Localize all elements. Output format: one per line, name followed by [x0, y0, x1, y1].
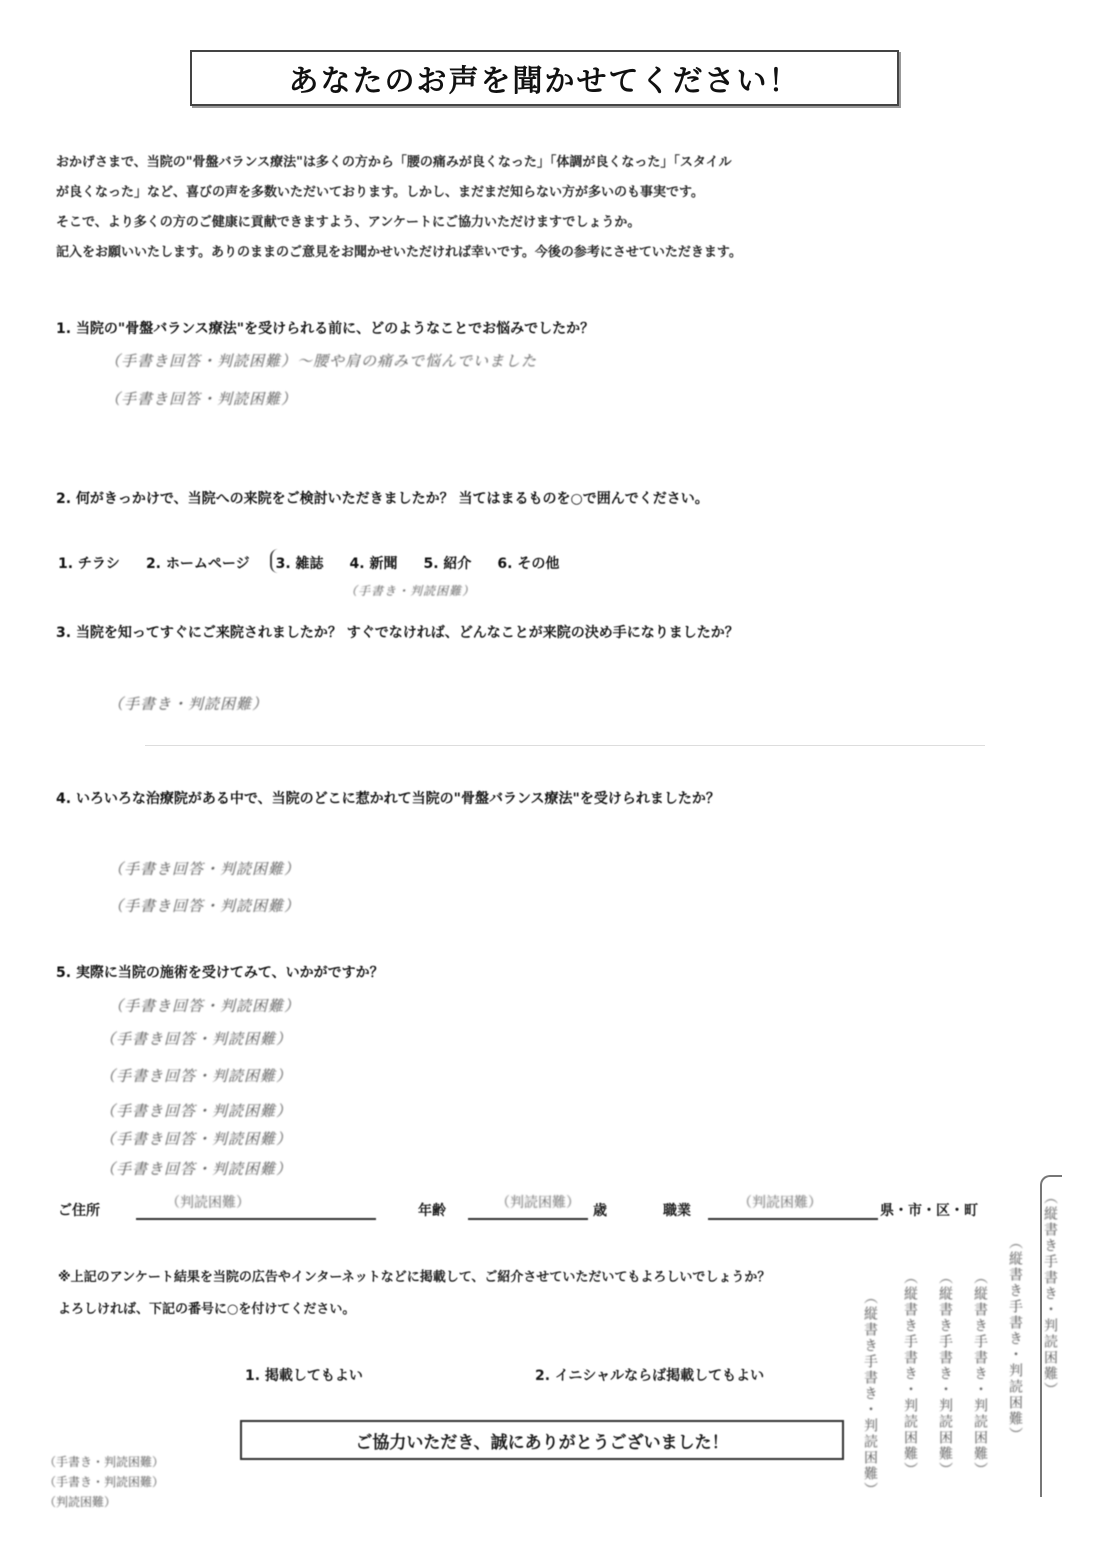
- question-number: 3.: [56, 625, 71, 641]
- answer-5-line-6: （手書き回答・判読困難）: [100, 1158, 292, 1179]
- consent-option-2[interactable]: 2. イニシャルならば掲載してもよい: [535, 1365, 764, 1385]
- age-label: 年齢: [418, 1200, 446, 1220]
- answer-5-line-3: （手書き回答・判読困難）: [100, 1065, 292, 1086]
- consent-line: ※上記のアンケート結果を当院の広告やインターネットなどに掲載して、ご紹介させてい…: [58, 1262, 958, 1294]
- age-field[interactable]: [468, 1218, 588, 1220]
- question-5: 5. 実際に当院の施術を受けてみて、いかがですか？: [56, 962, 384, 982]
- consent-text: ※上記のアンケート結果を当院の広告やインターネットなどに掲載して、ご紹介させてい…: [58, 1262, 958, 1326]
- survey-title: あなたのお声を聞かせてください！: [190, 50, 899, 106]
- respondent-info: ご住所 （判読困難） 年齢 （判読困難） 歳 職業 （判読困難） 県・市・区・町: [58, 1192, 1018, 1222]
- answer-3-line-1: （手書き・判読困難）: [108, 693, 268, 714]
- option-homepage[interactable]: 2. ホームページ: [146, 553, 250, 573]
- address-label: ご住所: [58, 1200, 100, 1220]
- intro-paragraph: おかげさまで、当院の"骨盤バランス療法"は多くの方から「腰の痛みが良くなった」「…: [56, 148, 1026, 268]
- handwriting-line: （手書き・判読困難）: [44, 1472, 864, 1492]
- question-number: 5.: [56, 965, 71, 981]
- handwriting-line: （手書き・判読困難）: [44, 1452, 864, 1472]
- source-options: 1. チラシ 2. ホームページ 3. 雑誌 4. 新聞 5. 紹介 6. その…: [58, 553, 559, 573]
- answer-5-line-2: （手書き回答・判読困難）: [100, 1028, 292, 1049]
- intro-line: おかげさまで、当院の"骨盤バランス療法"は多くの方から「腰の痛みが良くなった」「…: [56, 148, 1026, 178]
- option-flyer[interactable]: 1. チラシ: [58, 553, 120, 573]
- divider: [145, 745, 985, 746]
- answer-4-line-1: （手書き回答・判読困難）: [108, 858, 300, 879]
- vertical-note-4: （縦書き手書き・判読困難）: [935, 1270, 955, 1500]
- vertical-note-3: （縦書き手書き・判読困難）: [970, 1270, 990, 1500]
- question-text: 何がきっかけで、当院への来院をご検討いただきましたか？ 当てはまるものを○で囲ん…: [76, 491, 709, 507]
- option-referral[interactable]: 5. 紹介: [423, 553, 471, 573]
- intro-line: そこで、より多くの方のご健康に貢献できますよう、アンケートにご協力いただけますで…: [56, 208, 1026, 238]
- answer-1-line-1: （手書き回答・判読困難）～腰や肩の痛みで悩んでいました: [105, 350, 537, 371]
- occupation-value: （判読困難）: [738, 1192, 822, 1212]
- vertical-note-1: （縦書き手書き・判読困難）: [1040, 1190, 1060, 1490]
- question-number: 2.: [56, 491, 71, 507]
- question-4: 4. いろいろな治療院がある中で、当院のどこに惹かれて当院の"骨盤バランス療法"…: [56, 788, 720, 808]
- option-other[interactable]: 6. その他: [497, 553, 559, 573]
- address-field[interactable]: [136, 1218, 376, 1220]
- answer-1-line-2: （手書き回答・判読困難）: [105, 388, 297, 409]
- answer-5-line-1: （手書き回答・判読困難）: [108, 995, 300, 1016]
- vertical-note-6: （縦書き手書き・判読困難）: [860, 1290, 880, 1500]
- age-suffix: 歳: [593, 1200, 607, 1220]
- occupation-field[interactable]: [708, 1218, 878, 1220]
- question-2: 2. 何がきっかけで、当院への来院をご検討いただきましたか？ 当てはまるものを○…: [56, 488, 709, 508]
- question-3: 3. 当院を知ってすぐにご来院されましたか？ すぐでなければ、どんなことが来院の…: [56, 622, 739, 642]
- consent-line: よろしければ、下記の番号に○を付けてください。: [58, 1294, 958, 1326]
- answer-4-line-2: （手書き回答・判読困難）: [108, 895, 300, 916]
- option-magazine-selected[interactable]: 3. 雑誌: [276, 553, 324, 573]
- question-number: 4.: [56, 791, 71, 807]
- question-text: 当院を知ってすぐにご来院されましたか？ すぐでなければ、どんなことが来院の決め手…: [76, 625, 739, 641]
- answer-5-line-4: （手書き回答・判読困難）: [100, 1100, 292, 1121]
- region-suffix: 県・市・区・町: [880, 1200, 978, 1220]
- occupation-label: 職業: [663, 1200, 691, 1220]
- question-text: 実際に当院の施術を受けてみて、いかがですか？: [76, 965, 384, 981]
- address-value: （判読困難）: [166, 1192, 250, 1212]
- vertical-note-2: （縦書き手書き・判読困難）: [1005, 1235, 1025, 1495]
- handwriting-line: （判読困難）: [44, 1492, 864, 1512]
- bottom-handwriting: （手書き・判読困難） （手書き・判読困難） （判読困難）: [44, 1452, 864, 1512]
- vertical-note-5: （縦書き手書き・判読困難）: [900, 1270, 920, 1500]
- option-newspaper[interactable]: 4. 新聞: [350, 553, 398, 573]
- option-annotation: （手書き・判読困難）: [345, 582, 475, 599]
- question-text: 当院の"骨盤バランス療法"を受けられる前に、どのようなことでお悩みでしたか？: [76, 321, 594, 337]
- question-1: 1. 当院の"骨盤バランス療法"を受けられる前に、どのようなことでお悩みでしたか…: [56, 318, 594, 338]
- answer-5-line-5: （手書き回答・判読困難）: [100, 1128, 292, 1149]
- question-number: 1.: [56, 321, 71, 337]
- consent-option-1[interactable]: 1. 掲載してもよい: [245, 1365, 363, 1385]
- question-text: いろいろな治療院がある中で、当院のどこに惹かれて当院の"骨盤バランス療法"を受け…: [76, 791, 720, 807]
- intro-line: が良くなった」など、喜びの声を多数いただいております。しかし、まだまだ知らない方…: [56, 178, 1026, 208]
- intro-line: 記入をお願いいたします。ありのままのご意見をお聞かせいただければ幸いです。今後の…: [56, 238, 1026, 268]
- age-value: （判読困難）: [496, 1192, 580, 1212]
